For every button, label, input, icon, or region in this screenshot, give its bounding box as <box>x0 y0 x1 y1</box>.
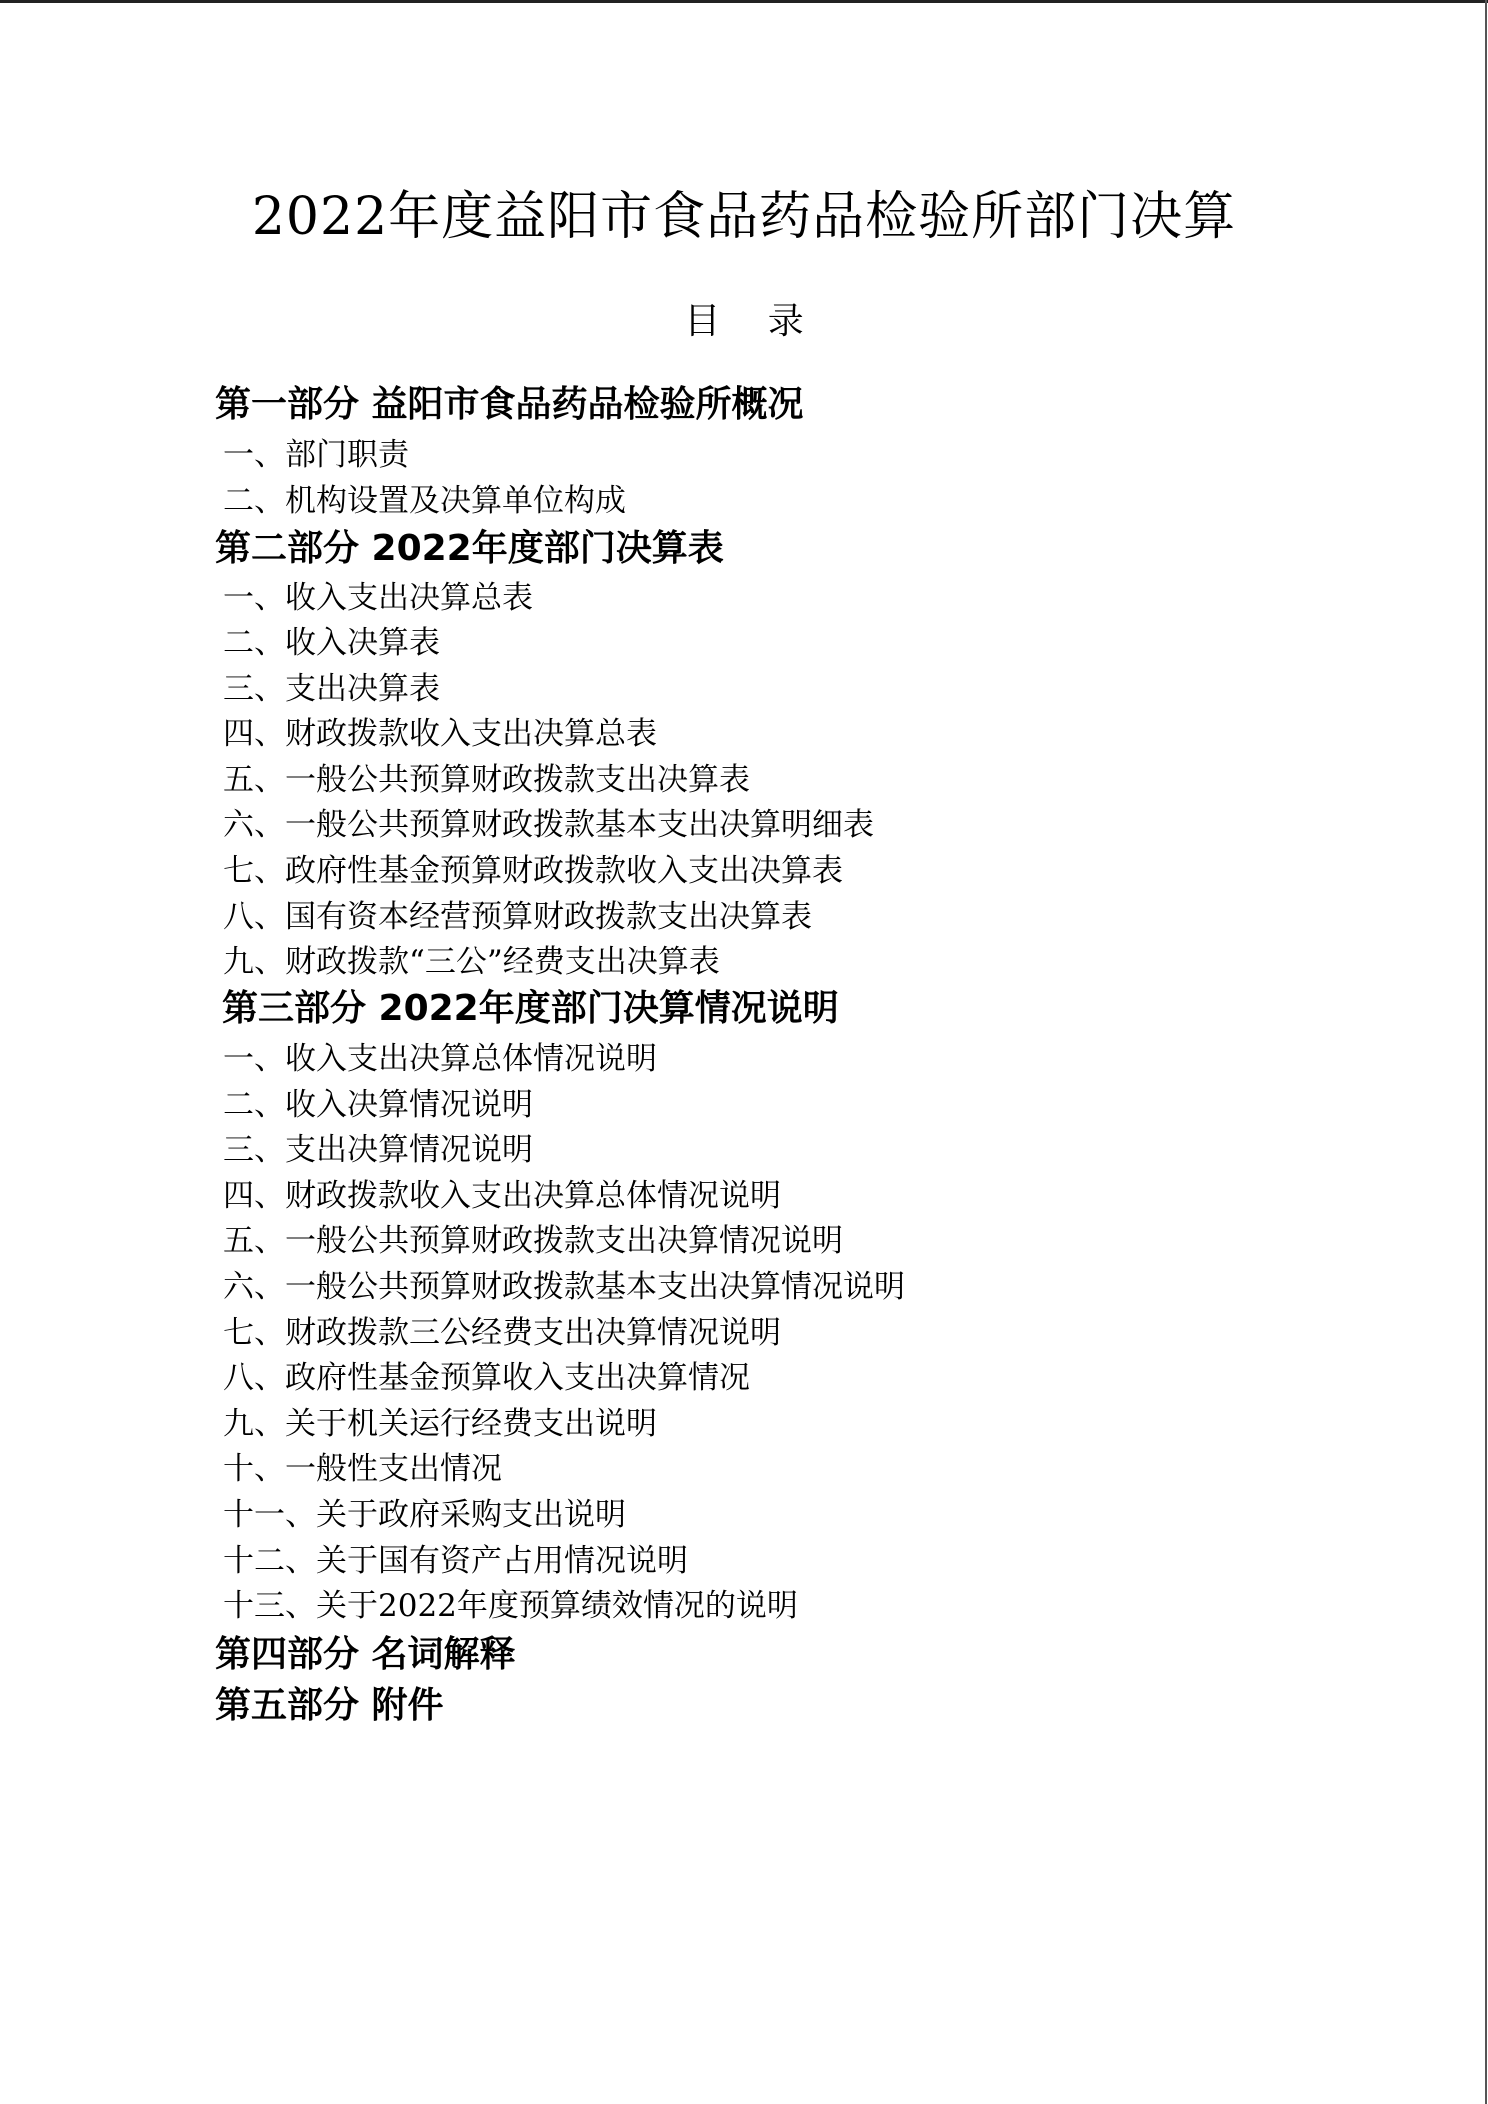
toc-item[interactable]: 五、一般公共预算财政拨款支出决算情况说明 <box>223 1219 843 1263</box>
toc-item[interactable]: 六、一般公共预算财政拨款基本支出决算情况说明 <box>223 1265 905 1309</box>
toc-section[interactable]: 第五部分 附件 <box>215 1683 444 1729</box>
toc-item[interactable]: 八、政府性基金预算收入支出决算情况 <box>223 1356 750 1400</box>
toc-heading: 目 录 <box>0 300 1488 344</box>
document-title: 2022年度益阳市食品药品检验所部门决算 <box>0 183 1488 251</box>
toc-item[interactable]: 六、一般公共预算财政拨款基本支出决算明细表 <box>223 803 874 847</box>
toc-item[interactable]: 十二、关于国有资产占用情况说明 <box>223 1539 688 1583</box>
toc-item[interactable]: 一、收入支出决算总体情况说明 <box>223 1037 657 1081</box>
toc-item[interactable]: 五、一般公共预算财政拨款支出决算表 <box>223 758 750 802</box>
toc-item[interactable]: 一、收入支出决算总表 <box>223 576 533 620</box>
toc-item[interactable]: 八、国有资本经营预算财政拨款支出决算表 <box>223 895 812 939</box>
toc-item[interactable]: 一、部门职责 <box>223 433 409 477</box>
toc-item[interactable]: 七、财政拨款三公经费支出决算情况说明 <box>223 1311 781 1355</box>
toc-item[interactable]: 十一、关于政府采购支出说明 <box>223 1493 626 1537</box>
toc-item[interactable]: 二、收入决算表 <box>223 621 440 665</box>
toc-item[interactable]: 四、财政拨款收入支出决算总表 <box>223 712 657 756</box>
toc-item[interactable]: 三、支出决算情况说明 <box>223 1128 533 1172</box>
toc-item[interactable]: 七、政府性基金预算财政拨款收入支出决算表 <box>223 849 843 893</box>
toc-section[interactable]: 第四部分 名词解释 <box>215 1632 516 1678</box>
toc-section[interactable]: 第三部分 2022年度部门决算情况说明 <box>222 986 839 1032</box>
toc-item[interactable]: 十、一般性支出情况 <box>223 1447 502 1491</box>
toc-section[interactable]: 第一部分 益阳市食品药品检验所概况 <box>215 382 804 428</box>
toc-item[interactable]: 九、关于机关运行经费支出说明 <box>223 1402 657 1446</box>
toc-item[interactable]: 四、财政拨款收入支出决算总体情况说明 <box>223 1174 781 1218</box>
page-top-border <box>0 0 1488 3</box>
toc-section[interactable]: 第二部分 2022年度部门决算表 <box>215 526 724 572</box>
toc-item[interactable]: 九、财政拨款“三公”经费支出决算表 <box>223 940 720 984</box>
toc-item[interactable]: 二、收入决算情况说明 <box>223 1083 533 1127</box>
toc-item[interactable]: 十三、关于2022年度预算绩效情况的说明 <box>223 1584 798 1628</box>
toc-item[interactable]: 三、支出决算表 <box>223 667 440 711</box>
toc-item[interactable]: 二、机构设置及决算单位构成 <box>223 479 626 523</box>
